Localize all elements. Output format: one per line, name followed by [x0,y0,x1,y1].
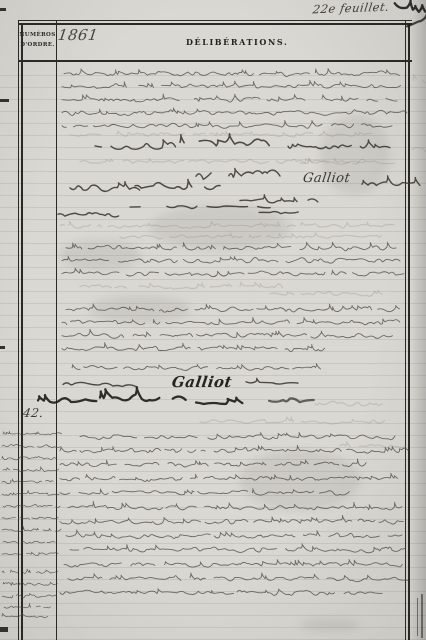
signature-scribble [70,176,130,200]
handwriting-line [60,514,398,529]
edge-ink-mark [0,8,6,11]
signature-flourish [130,202,260,212]
margin-note-line [2,489,57,499]
ghost-writing [80,280,280,294]
edge-ink-mark [0,99,9,102]
margin-note-line [3,501,57,511]
year-annotation: 1861 [57,26,100,44]
margin-note-line [3,579,55,589]
table-border-right-inner [408,23,410,640]
page-gutter-shadow [411,0,426,640]
signature-scribble [196,161,276,192]
edge-ink-mark [0,346,5,349]
ink-scribble [100,384,185,411]
handwriting-line [60,585,380,600]
ghost-writing [300,156,390,170]
ghost-writing [270,287,380,301]
margin-note-line [2,513,55,523]
signature-scribble [288,136,388,156]
handwriting-line [60,485,340,500]
handwriting-line [64,557,404,572]
margin-note-line [2,591,52,601]
table-border-top-inner [18,23,412,25]
signature-scribble [180,127,265,158]
ghost-writing [200,415,380,429]
signature-galliot: Galliot [302,171,351,186]
handwriting-line [66,528,398,543]
edge-ink-mark [0,627,8,632]
edge-ink-mark [421,594,423,638]
numeros-label: NUMÉROS [19,30,56,40]
handwriting-line [72,361,317,375]
ghost-writing [340,439,400,453]
margin-note-line [3,465,57,475]
column-header-deliberations: DÉLIBÉRATIONS. [186,37,288,47]
column-divider [56,20,57,640]
ink-scribble [38,392,93,409]
handwriting-line [70,542,404,557]
handwriting-line [68,571,404,586]
handwriting-line [68,500,398,515]
ink-scribble [255,392,305,409]
margin-note-line [3,537,55,547]
margin-note-line [2,549,56,559]
table-border-left-inner [21,23,23,640]
signature-flourish [246,375,286,389]
ink-scribble [196,394,241,411]
header-separator [18,60,412,62]
table-border-top-outer [18,20,412,21]
edge-ink-mark [417,598,418,636]
margin-note-line [2,441,56,451]
signature-scribble [362,174,417,194]
folio-annotation: 22e feuillet. [312,0,391,16]
column-header-numeros: NUMÉROS D'ORDRE. [19,30,56,51]
ghost-writing [315,397,385,411]
margin-note-line [2,611,42,621]
ghost-writing [413,70,425,90]
scanned-register-page: NUMÉROS D'ORDRE. DÉLIBÉRATIONS. 22e feui… [0,0,426,640]
handwriting-line [60,471,404,486]
ink-smudge [300,618,360,632]
margin-note-line [3,429,56,439]
table-border-right-outer [405,20,406,640]
ordre-label: D'ORDRE. [19,40,56,50]
ghost-writing [412,136,425,163]
handwriting-line [62,341,322,356]
margin-note-line [2,525,57,535]
margin-note-line [2,477,55,487]
margin-note-line [2,567,52,577]
handwriting-line [60,457,360,472]
margin-note-line [2,453,54,463]
